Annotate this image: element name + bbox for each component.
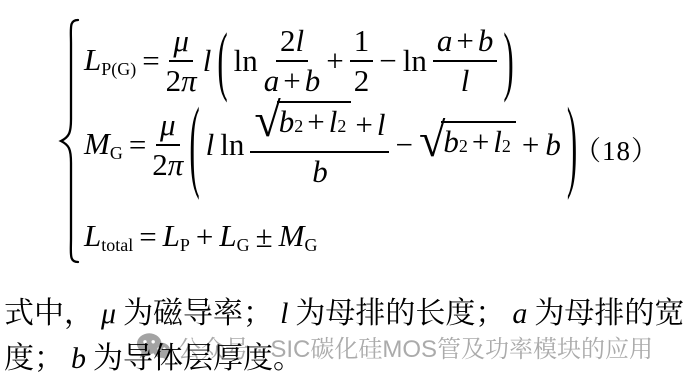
num-1: 1 (354, 24, 370, 58)
term-lp: LP (163, 219, 190, 256)
var-a: a (264, 64, 280, 98)
subscript-g: G (237, 235, 250, 255)
var-b: b (71, 342, 86, 375)
op-equals: = (139, 220, 156, 254)
equation-mg: MG = μ 2π ( l ln √ b2+l2 + l b − √ b2+l2… (84, 101, 577, 189)
var-l: l (295, 24, 304, 58)
var-b: b (545, 128, 561, 162)
var-b: b (279, 105, 295, 139)
var-a: a (437, 24, 453, 58)
var-L: L (84, 218, 101, 253)
caption-text: 为母排的宽 (534, 297, 684, 330)
subscript-g: G (110, 143, 123, 163)
fraction-mu-over-2pi: μ 2π (152, 108, 183, 182)
page-root: { "colors": { "background": "#ffffff", "… (0, 0, 696, 385)
equation-number: （18） (574, 129, 659, 168)
op-equals: = (129, 128, 146, 162)
exponent-2: 2 (459, 137, 468, 157)
var-M: M (279, 218, 305, 253)
op-minus: − (395, 128, 412, 162)
num-2: 2 (166, 64, 182, 98)
var-mu: μ (173, 24, 189, 58)
var-b: b (312, 155, 328, 189)
fn-ln: ln (403, 44, 427, 78)
caption-text: 为导体层厚度。 (93, 342, 303, 375)
caption-line-2: 度；b为导体层厚度。 (4, 333, 303, 377)
equation-lpg: LP(G) = μ 2π l ( ln 2l a+b + 1 2 − ln a+… (84, 24, 514, 98)
caption-text: 为母排的长度； (295, 297, 505, 330)
caption-line-1: 式中，μ为磁导率；l为母排的长度；a为母排的宽 (4, 288, 684, 332)
op-minus: − (379, 44, 396, 78)
var-l: l (461, 64, 470, 98)
system-left-brace-icon (58, 17, 84, 270)
op-plus: + (355, 108, 372, 142)
var-l: l (493, 125, 502, 159)
var-l: l (206, 128, 215, 162)
var-M: M (84, 126, 110, 161)
fraction-1-over-2: 1 2 (350, 24, 374, 98)
op-plus: + (456, 24, 473, 58)
radical-icon: √ (254, 97, 280, 145)
var-L: L (219, 218, 236, 253)
caption-text: 式中， (4, 297, 94, 330)
num-2: 2 (280, 24, 296, 58)
radical-icon: √ (419, 117, 445, 165)
num-2: 2 (354, 64, 370, 98)
term-lpg: LP(G) (84, 43, 136, 80)
var-mu: μ (160, 108, 176, 142)
var-l: l (329, 105, 338, 139)
subscript-g: G (304, 235, 317, 255)
var-b: b (478, 24, 494, 58)
var-l: l (377, 108, 386, 142)
var-L: L (163, 218, 180, 253)
var-b: b (305, 64, 321, 98)
var-pi: π (168, 148, 184, 182)
fraction-a-plus-b-over-l: a+b l (433, 24, 497, 98)
subscript-total: total (101, 235, 133, 255)
subscript-pg: P(G) (101, 59, 136, 79)
op-plus-minus: ± (256, 220, 273, 254)
var-mu: μ (101, 297, 116, 330)
num-2: 2 (152, 148, 168, 182)
equation-ltotal: Ltotal = LP + LG ± MG (84, 219, 317, 256)
op-plus: + (326, 44, 343, 78)
op-plus: + (283, 64, 300, 98)
caption-text: 为磁导率； (123, 297, 273, 330)
var-b: b (443, 125, 459, 159)
exponent-2: 2 (294, 117, 303, 137)
left-paren-icon: ( (189, 89, 199, 202)
op-plus: + (196, 220, 213, 254)
op-equals: = (142, 44, 159, 78)
var-l: l (280, 297, 288, 330)
term-mg: MG (279, 219, 318, 256)
term-mg: MG (84, 127, 123, 164)
var-L: L (84, 42, 101, 77)
caption-text: 度； (4, 342, 64, 375)
fn-ln: ln (234, 44, 258, 78)
op-plus: + (522, 128, 539, 162)
sqrt-b2-plus-l2: √ b2+l2 (419, 121, 516, 169)
op-plus: + (307, 105, 324, 139)
var-l: l (203, 44, 212, 78)
fn-ln: ln (220, 128, 244, 162)
op-plus: + (472, 125, 489, 159)
sqrt-b2-plus-l2: √ b2+l2 (254, 101, 351, 149)
fraction-2l-over-a-plus-b: 2l a+b (264, 24, 320, 98)
right-paren-icon: ) (503, 18, 513, 103)
term-ltotal: Ltotal (84, 219, 133, 256)
subscript-p: P (180, 235, 190, 255)
fraction-sqrt-plus-l-over-b: √ b2+l2 + l b (250, 101, 389, 189)
left-paren-icon: ( (217, 18, 227, 103)
term-lg: LG (219, 219, 249, 256)
exponent-2: 2 (337, 117, 346, 137)
exponent-2: 2 (502, 137, 511, 157)
var-a: a (512, 297, 527, 330)
